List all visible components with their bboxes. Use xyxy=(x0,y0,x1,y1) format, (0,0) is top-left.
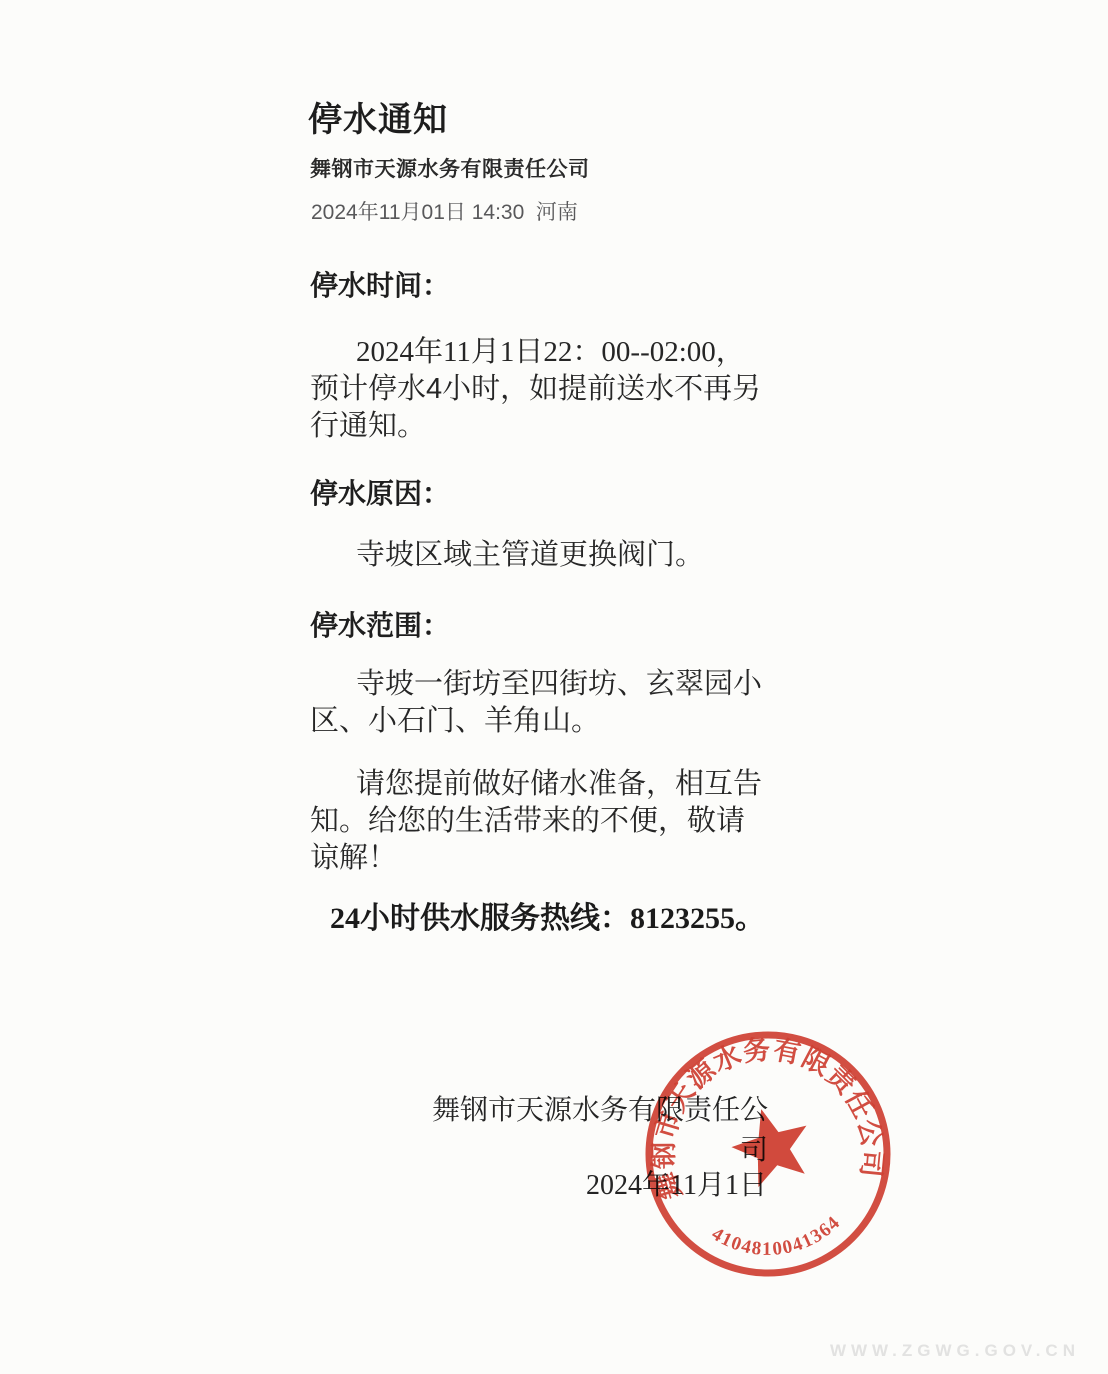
paragraph-time-line: 2024年11月1日22：00--02:00， xyxy=(310,334,790,371)
publisher-name: 舞钢市天源水务有限责任公司 xyxy=(310,153,590,183)
paragraph-reason-line: 寺坡区域主管道更换阀门。 xyxy=(310,537,790,574)
paragraph-notice-line: 谅解！ xyxy=(310,840,790,877)
section-heading-reason: 停水原因： xyxy=(310,472,450,512)
paragraph-time: 2024年11月1日22：00--02:00， 预计停水4小时，如提前送水不再另… xyxy=(310,334,790,445)
star-icon xyxy=(728,1105,812,1190)
site-watermark: WWW.ZGWG.GOV.CN xyxy=(830,1341,1080,1361)
paragraph-time-line: 行通知。 xyxy=(310,408,790,445)
paragraph-reason: 寺坡区域主管道更换阀门。 xyxy=(310,537,790,574)
page-title: 停水通知 xyxy=(308,92,448,141)
paragraph-scope-line: 区、小石门、羊角山。 xyxy=(310,703,790,740)
paragraph-time-line: 预计停水4小时，如提前送水不再另 xyxy=(310,371,790,408)
paragraph-notice: 请您提前做好储水准备，相互告 知。给您的生活带来的不便，敬请 谅解！ xyxy=(310,766,790,877)
service-hotline: 24小时供水服务热线：8123255。 xyxy=(330,893,765,937)
official-seal-stamp: 舞钢市天源水务有限责任公司 4104810041364 xyxy=(627,1013,908,1294)
section-heading-time: 停水时间： xyxy=(310,264,450,304)
section-heading-scope: 停水范围： xyxy=(310,604,450,644)
paragraph-scope: 寺坡一街坊至四街坊、玄翠园小 区、小石门、羊角山。 xyxy=(310,666,790,740)
publish-date-location: 2024年11月01日 14:30 河南 xyxy=(311,196,578,226)
paragraph-scope-line: 寺坡一街坊至四街坊、玄翠园小 xyxy=(310,666,790,703)
paragraph-notice-line: 知。给您的生活带来的不便，敬请 xyxy=(310,803,790,840)
paragraph-notice-line: 请您提前做好储水准备，相互告 xyxy=(310,766,790,803)
notice-page: 停水通知 舞钢市天源水务有限责任公司 2024年11月01日 14:30 河南 … xyxy=(0,0,1108,1374)
